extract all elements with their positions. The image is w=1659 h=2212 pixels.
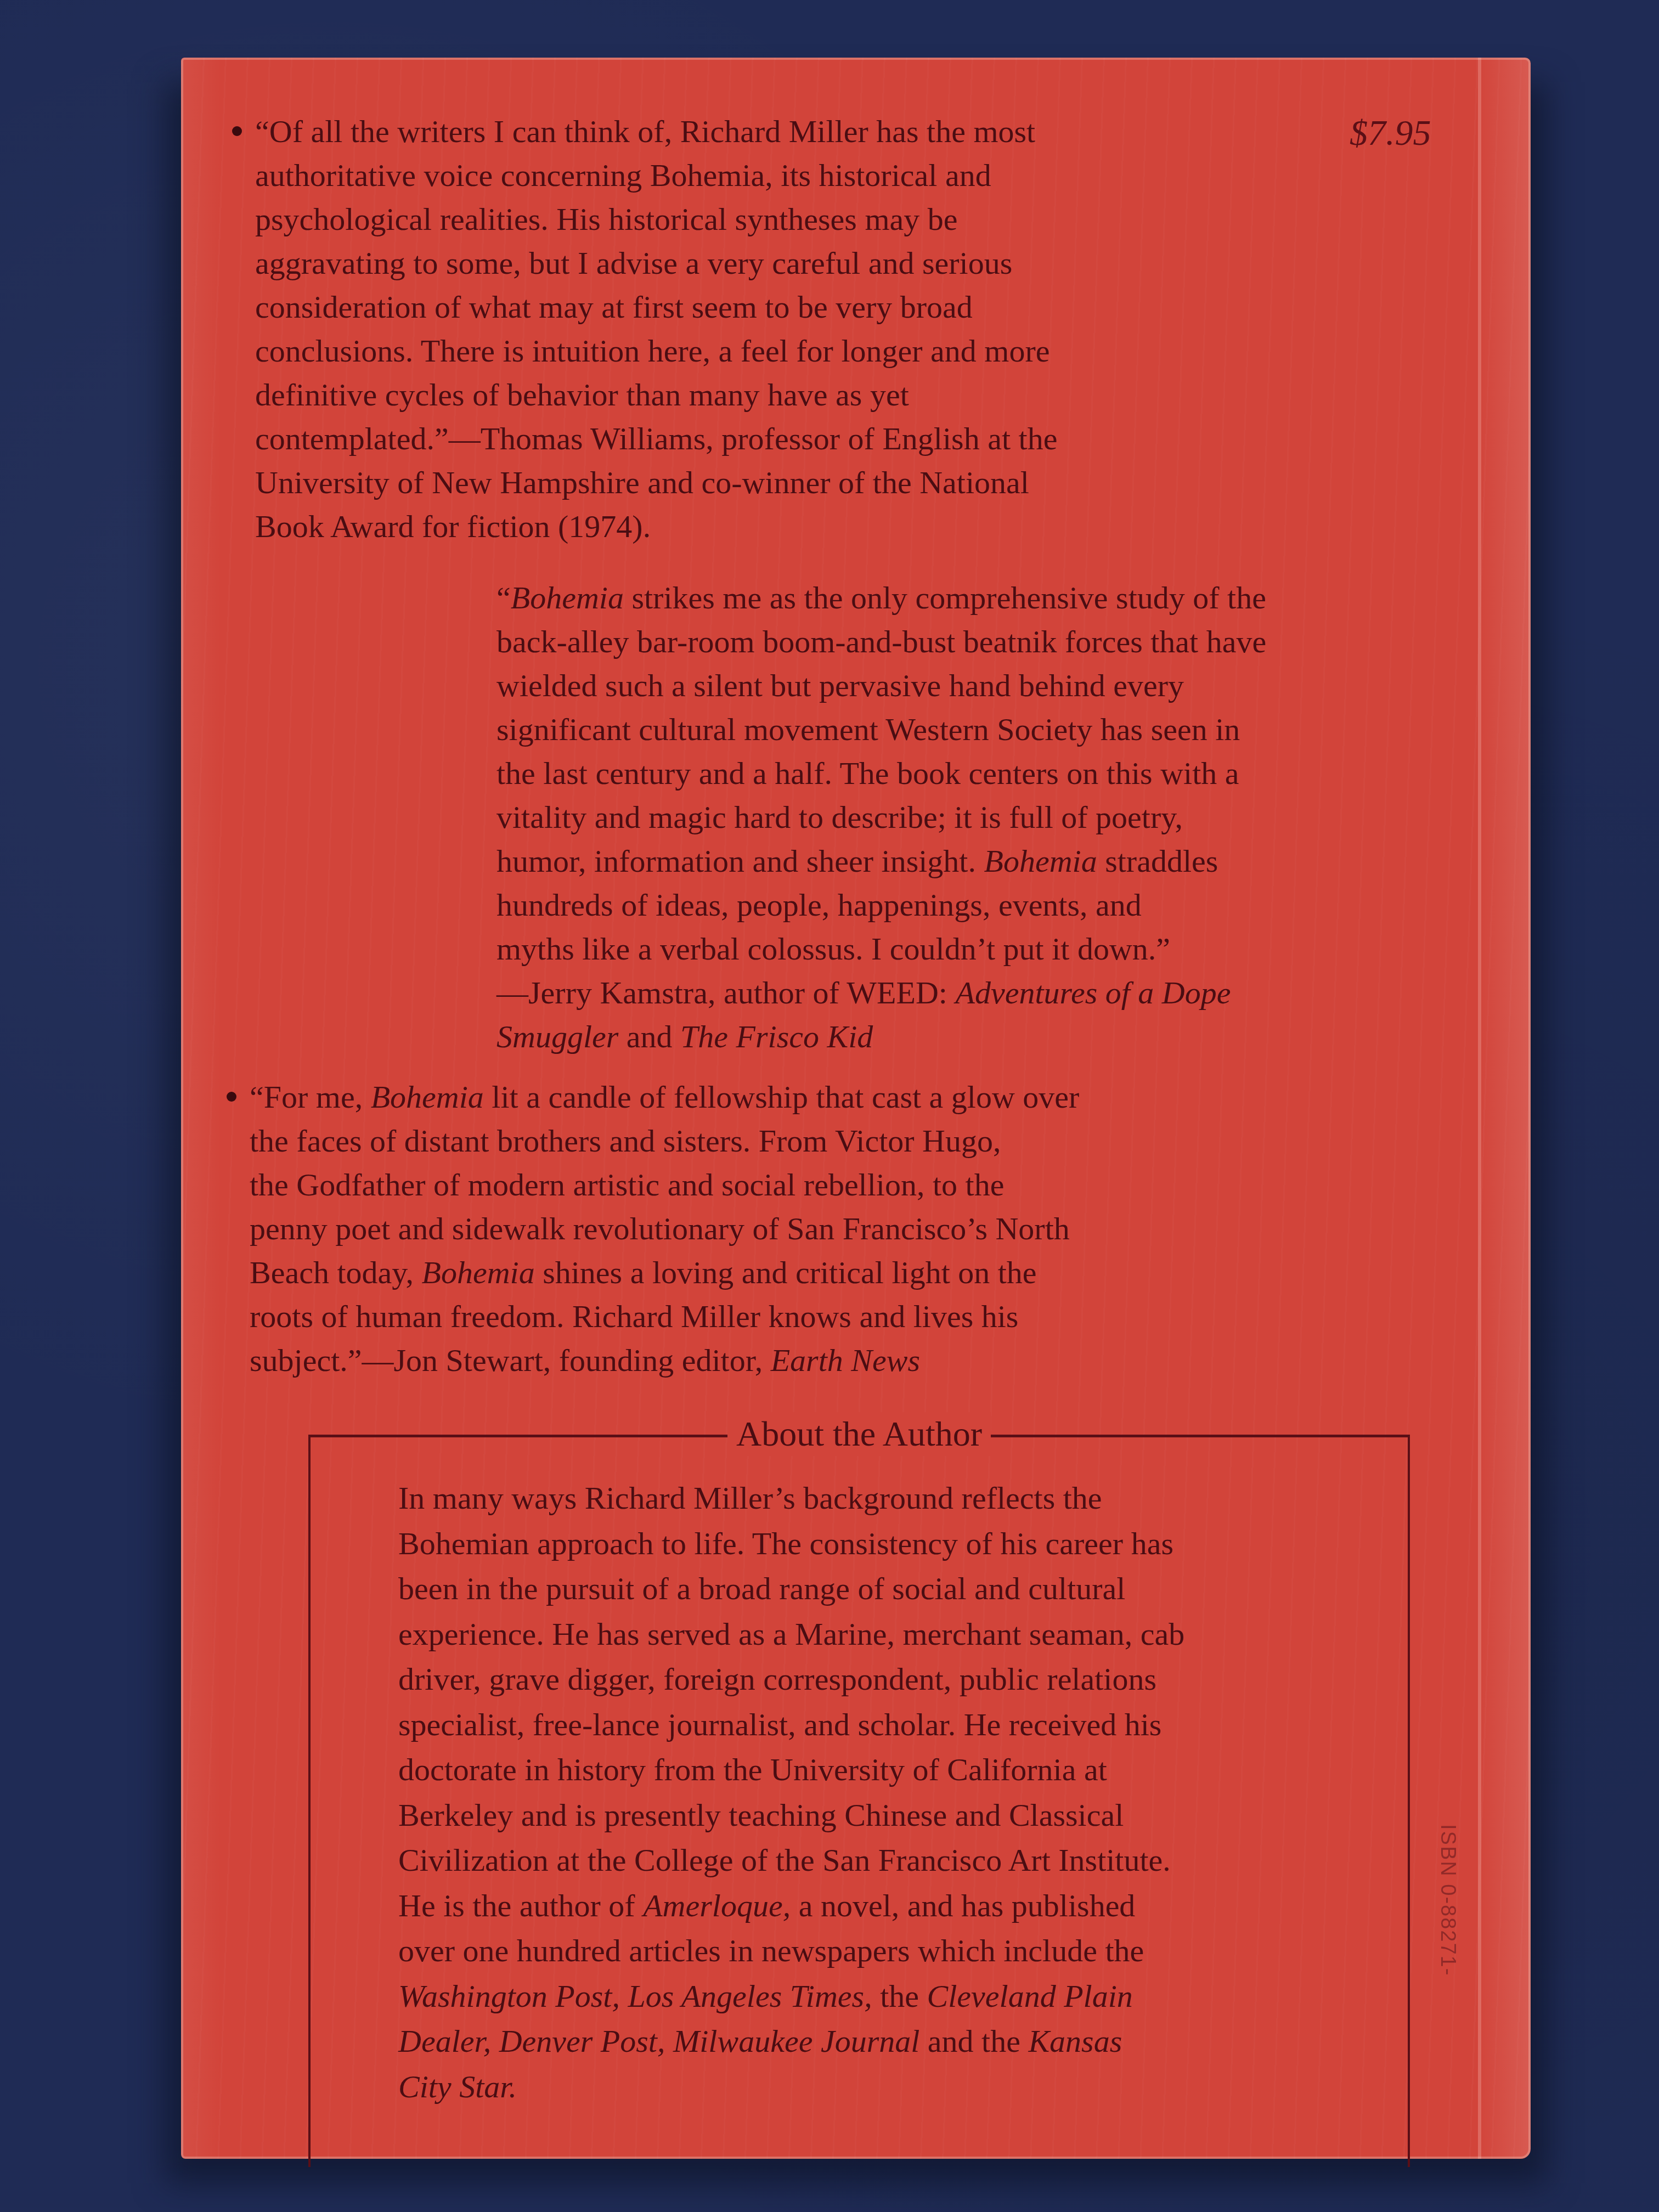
text-line: psychological realities. His historical … xyxy=(255,198,1188,241)
text-line: Beach today, Bohemia shines a loving and… xyxy=(250,1251,1193,1295)
text-line: In many ways Richard Miller’s background… xyxy=(398,1476,1331,1521)
text-line: definitive cycles of behavior than many … xyxy=(255,373,1188,417)
text-line: humor, information and sheer insight. Bo… xyxy=(496,839,1385,883)
text-line: Book Award for fiction (1974). xyxy=(255,505,1188,549)
text-line: Smuggler and The Frisco Kid xyxy=(496,1015,1385,1059)
text-line: Civilization at the College of the San F… xyxy=(398,1838,1331,1883)
text-line: penny poet and sidewalk revolutionary of… xyxy=(250,1207,1193,1251)
cover-crease xyxy=(1478,58,1481,2159)
blurb-text: “Of all the writers I can think of, Rich… xyxy=(255,110,1188,549)
bullet-icon xyxy=(227,1092,236,1102)
text-line: aggravating to some, but I advise a very… xyxy=(255,241,1188,285)
text-line: consideration of what may at first seem … xyxy=(255,285,1188,329)
blurb-text: “For me, Bohemia lit a candle of fellows… xyxy=(250,1075,1193,1383)
text-line: roots of human freedom. Richard Miller k… xyxy=(250,1295,1193,1339)
text-line: Bohemian approach to life. The consisten… xyxy=(398,1521,1331,1567)
text-line: Berkeley and is presently teaching Chine… xyxy=(398,1793,1331,1838)
text-line: doctorate in history from the University… xyxy=(398,1747,1331,1793)
text-line: Washington Post, Los Angeles Times, the … xyxy=(398,1974,1331,2019)
about-author-heading: About the Author xyxy=(727,1412,991,1456)
about-author-text: In many ways Richard Miller’s background… xyxy=(398,1476,1331,2109)
book-back-cover: $7.95 “Of all the writers I can think of… xyxy=(181,58,1531,2159)
text-line: driver, grave digger, foreign correspond… xyxy=(398,1657,1331,1702)
text-line: the faces of distant brothers and sister… xyxy=(250,1119,1193,1163)
text-line: conclusions. There is intuition here, a … xyxy=(255,329,1188,373)
blurb-text: “Bohemia strikes me as the only comprehe… xyxy=(496,576,1385,1059)
text-line: the Godfather of modern artistic and soc… xyxy=(250,1163,1193,1207)
text-line: vitality and magic hard to describe; it … xyxy=(496,795,1385,839)
text-line: “Of all the writers I can think of, Rich… xyxy=(255,110,1188,154)
text-line: experience. He has served as a Marine, m… xyxy=(398,1612,1331,1657)
text-line: contemplated.”—Thomas Williams, professo… xyxy=(255,417,1188,461)
text-line: significant cultural movement Western So… xyxy=(496,708,1385,752)
price-label: $7.95 xyxy=(1350,112,1431,154)
text-line: subject.”—Jon Stewart, founding editor, … xyxy=(250,1339,1193,1383)
text-line: hundreds of ideas, people, happenings, e… xyxy=(496,883,1385,927)
text-line: —Jerry Kamstra, author of WEED: Adventur… xyxy=(496,971,1385,1015)
text-line: back-alley bar-room boom-and-bust beatni… xyxy=(496,620,1385,664)
text-line: Dealer, Denver Post, Milwaukee Journal a… xyxy=(398,2019,1331,2064)
blurb-jon-stewart: “For me, Bohemia lit a candle of fellows… xyxy=(250,1075,1193,1383)
text-line: over one hundred articles in newspapers … xyxy=(398,1928,1331,1974)
blurb-jerry-kamstra: “Bohemia strikes me as the only comprehe… xyxy=(496,576,1385,1059)
text-line: authoritative voice concerning Bohemia, … xyxy=(255,154,1188,198)
text-line: “For me, Bohemia lit a candle of fellows… xyxy=(250,1075,1193,1119)
text-line: been in the pursuit of a broad range of … xyxy=(398,1566,1331,1612)
text-line: wielded such a silent but pervasive hand… xyxy=(496,664,1385,708)
text-line: University of New Hampshire and co-winne… xyxy=(255,461,1188,505)
text-line: “Bohemia strikes me as the only comprehe… xyxy=(496,576,1385,620)
blurb-thomas-williams: “Of all the writers I can think of, Rich… xyxy=(255,110,1188,549)
text-line: specialist, free-lance journalist, and s… xyxy=(398,1702,1331,1748)
text-line: the last century and a half. The book ce… xyxy=(496,752,1385,795)
text-line: He is the author of Amerloque, a novel, … xyxy=(398,1883,1331,1929)
bullet-icon xyxy=(232,126,242,136)
isbn-label: ISBN 0-88271- xyxy=(1436,1824,1459,1976)
about-author-box: About the Author In many ways Richard Mi… xyxy=(308,1435,1410,2167)
text-line: myths like a verbal colossus. I couldn’t… xyxy=(496,927,1385,971)
text-line: City Star. xyxy=(398,2064,1331,2110)
